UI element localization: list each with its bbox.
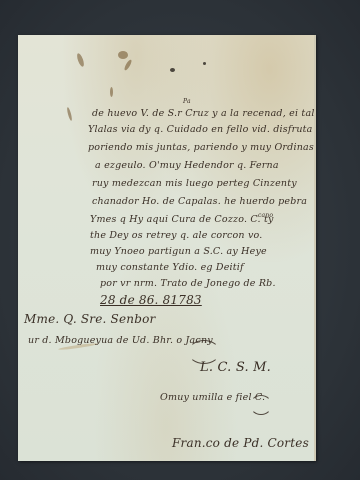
body-line: the Dey os retrey q. ale corcon vo.	[90, 230, 263, 241]
ink-blot	[110, 87, 113, 97]
ink-blot	[203, 62, 206, 65]
body-line: muy Ynoeo partigun a S.C. ay Heye	[90, 246, 267, 257]
ink-blot	[123, 59, 132, 71]
ink-blot	[118, 51, 128, 59]
body-line: Ymes q Hy aqui Cura de Cozzo. C. ty	[90, 214, 274, 225]
closing-initials: L. C. S. M.	[200, 360, 271, 375]
body-line: chanador Ho. de Capalas. he huerdo pebra	[92, 196, 307, 207]
ink-blot	[170, 68, 175, 72]
addressee-salutation: Mme. Q. Sre. Senbor	[24, 312, 155, 326]
body-line: ruy medezcan mis luego perteg Cinzenty	[92, 178, 297, 189]
ink-blot	[76, 53, 85, 68]
signature: Fran.co de Pd. Cortes	[172, 436, 309, 450]
body-line: a ezgeulo. O'muy Hedendor q. Ferna	[95, 160, 279, 171]
date-line: 28 de 86. 81783	[100, 293, 202, 307]
ink-blot	[66, 107, 73, 121]
body-line: muy constante Ydio. eg Deitif	[96, 262, 244, 273]
body-line: Ylalas via dy q. Cuidado en fello vid. d…	[88, 124, 313, 135]
flourish	[250, 395, 272, 415]
superscript: Pa	[183, 98, 191, 105]
body-line: de huevo V. de S.r Cruz y a la recenad, …	[92, 108, 315, 119]
body-line: poriendo mis juntas, pariendo y muy Ordi…	[88, 142, 314, 153]
body-line: por vr nrm. Trato de Jonego de Rb.	[100, 278, 276, 289]
addressee-line: ur d. Mbogueyua de Ud. Bhr. o Jacny	[28, 335, 213, 346]
